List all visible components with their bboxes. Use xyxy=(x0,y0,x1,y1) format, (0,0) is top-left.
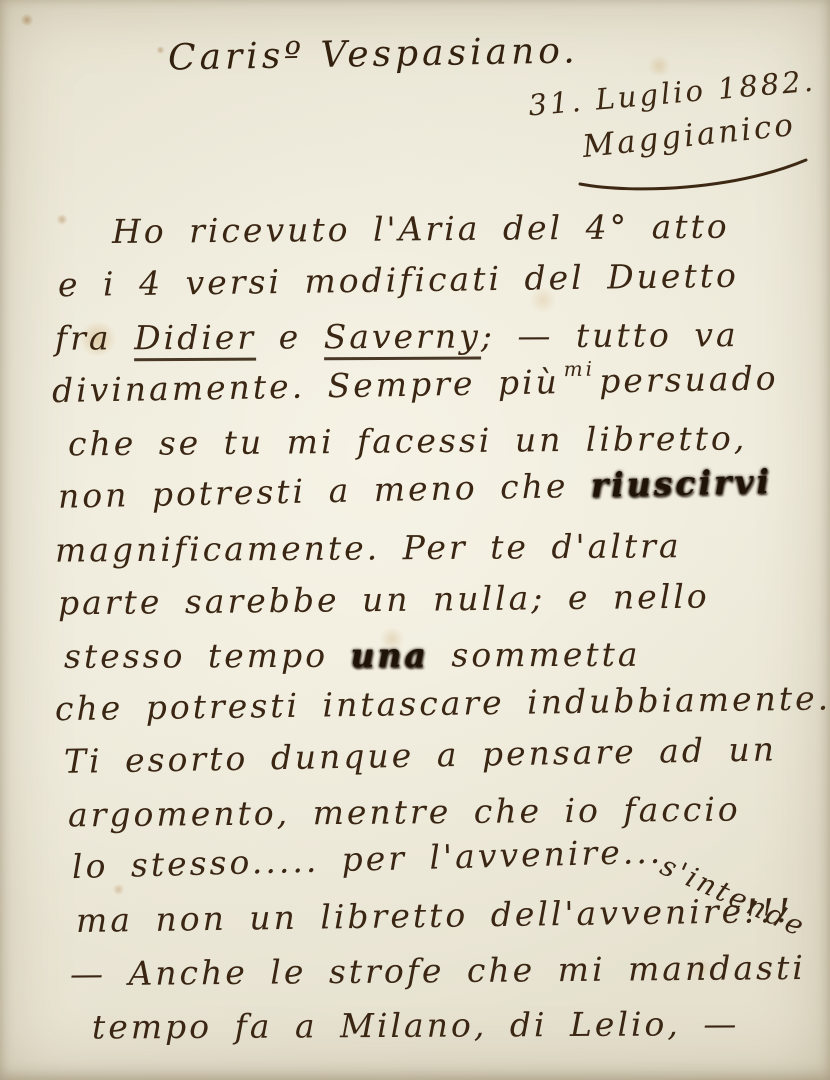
body-line-2: e i 4 versi modificati del Duetto xyxy=(0,247,824,311)
line-text: ; — tutto va xyxy=(481,315,739,355)
line-text: sommetta xyxy=(429,635,641,675)
stain xyxy=(20,14,34,26)
line-text: Ho ricevuto l'Aria del 4° atto xyxy=(112,207,730,251)
line-text: lo stesso..... per l'avvenire... xyxy=(71,832,663,886)
letter-body: Ho ricevuto l'Aria del 4° atto e i 4 ver… xyxy=(0,206,824,1054)
ink-blot-word: riuscirvi xyxy=(590,462,772,505)
letter-page: Carisº Vespasiano. 31. Luglio 1882. Magg… xyxy=(0,0,830,1080)
line-text: divinamente. Sempre più xyxy=(52,362,561,410)
stain xyxy=(156,46,165,54)
body-line-8: parte sarebbe un nulla; e nello xyxy=(0,568,824,630)
underlined-name-saverny: Saverny xyxy=(324,316,481,360)
line-text: stesso tempo xyxy=(64,636,351,676)
body-line-14: ma non un libretto dell'avvenire!!! xyxy=(0,883,824,947)
line-text: magnificamente. Per te d'altra xyxy=(55,526,682,569)
line-text: parte sarebbe un nulla; e nello xyxy=(58,577,710,623)
line-text: non potresti a meno che xyxy=(58,466,592,516)
line-text: che potresti intascare indubbiamente. xyxy=(55,678,830,728)
line-text: e xyxy=(256,317,324,356)
place-signature: Maggianico xyxy=(580,107,797,165)
ink-blot-word: una xyxy=(350,636,429,675)
salutation: Carisº Vespasiano. xyxy=(168,30,579,78)
line-text: ma non un libretto dell'avvenire!!! xyxy=(76,891,793,940)
line-text: Ti esorto dunque a pensare ad un xyxy=(64,729,778,780)
body-line-7: magnificamente. Per te d'altra xyxy=(0,518,824,577)
line-text: — Anche le strofe che mi mandasti xyxy=(70,948,806,993)
stain xyxy=(646,56,672,76)
line-text: e i 4 versi modificati del Duetto xyxy=(58,256,739,305)
line-text: fra xyxy=(55,318,134,357)
line-text: tempo fa a Milano, di Lelio, — xyxy=(92,1004,740,1046)
underlined-name-didier: Didier xyxy=(134,318,256,362)
body-line-16: tempo fa a Milano, di Lelio, — xyxy=(0,997,824,1054)
interlinear-insertion: mi xyxy=(563,343,595,397)
line-text: persuado xyxy=(599,358,779,400)
body-line-15: — Anche le strofe che mi mandasti xyxy=(0,941,824,1001)
